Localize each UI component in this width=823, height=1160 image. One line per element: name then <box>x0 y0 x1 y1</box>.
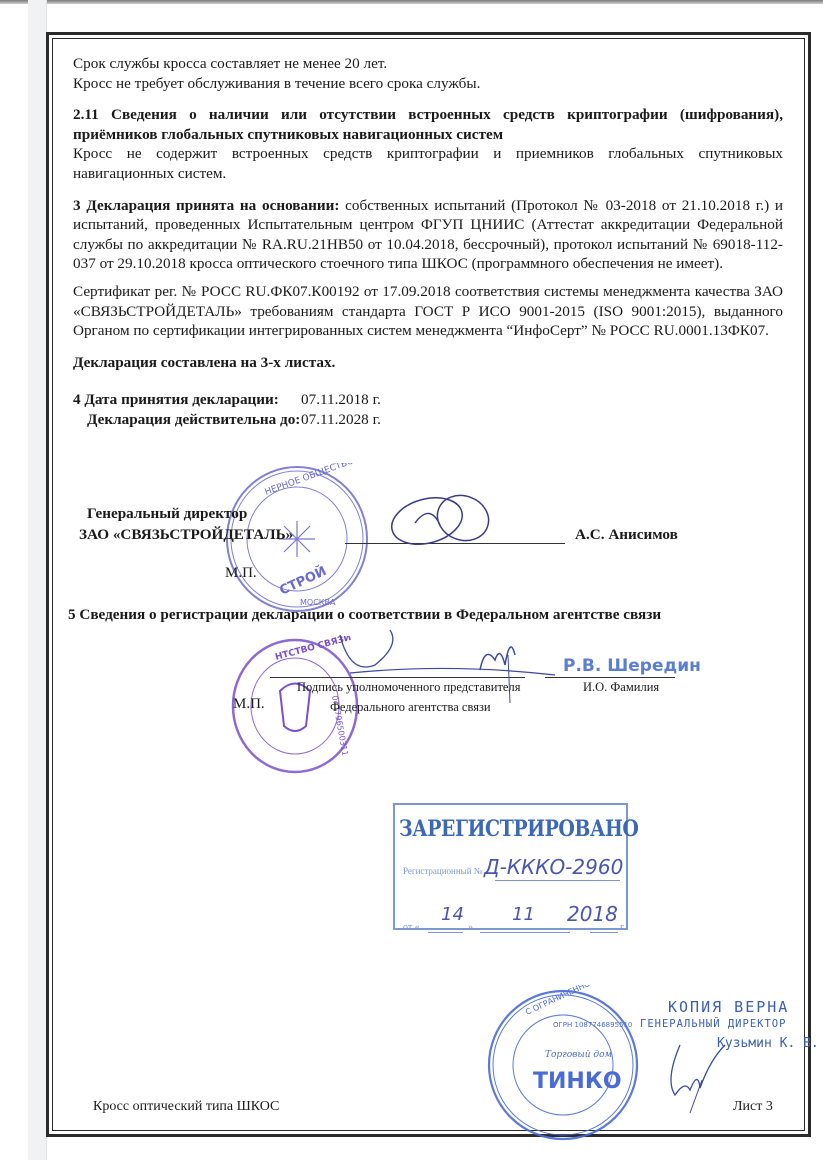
registration-day: 14 <box>441 904 464 925</box>
registration-number-line <box>495 880 620 881</box>
svg-text:ОГРН 1087746895510: ОГРН 1087746895510 <box>553 1021 632 1029</box>
certificate-text: Сертификат рег. № РОСС RU.ФК07.К00192 от… <box>73 282 783 341</box>
service-life-text: Срок службы кросса составляет не менее 2… <box>73 54 783 74</box>
section-5-heading: 5 Сведения о регистрации декларации о со… <box>68 606 661 624</box>
signatory-position: Генеральный директор <box>87 505 247 523</box>
handwritten-signature-icon <box>385 493 515 548</box>
copy-certified-stamp: КОПИЯ ВЕРНА <box>668 998 789 1016</box>
registration-stamp-title: ЗАРЕГИСТРИРОВАНО <box>399 816 595 842</box>
sheets-count-text: Декларация составлена на 3-х листах. <box>73 353 783 373</box>
svg-text:СТРОЙ: СТРОЙ <box>277 563 329 599</box>
registration-number-label: Регистрационный № <box>403 866 482 876</box>
footer-sheet-number: Лист 3 <box>733 1099 773 1115</box>
copy-certified-name: Кузьмин К. В. <box>717 1036 819 1051</box>
section-3-heading: 3 Декларация принята на основании: <box>73 197 339 214</box>
signatory-name: А.С. Анисимов <box>575 526 678 544</box>
registration-month: 11 <box>512 904 535 925</box>
director-signature-icon <box>660 1040 730 1115</box>
svg-text:Торговый дом: Торговый дом <box>545 1050 612 1060</box>
year-line <box>590 932 618 933</box>
representative-name-stamp: Р.В. Шередин <box>563 656 701 676</box>
name-line <box>545 677 675 678</box>
copy-certified-position: ГЕНЕРАЛЬНЫЙ ДИРЕКТОР <box>640 1018 786 1030</box>
tinko-seal-icon: Торговый дом ТИНКО С ОГРАНИЧЕННОЙ ОГРН 1… <box>483 985 643 1145</box>
declaration-dates: 4 Дата принятия декларации: 07.11.2018 г… <box>73 390 783 429</box>
maintenance-text: Кросс не требует обслуживания в течение … <box>73 74 783 94</box>
registration-year: 2018 <box>567 902 618 926</box>
svg-text:ТИНКО: ТИНКО <box>533 1069 622 1094</box>
registration-number-value: Д-КККО-2960 <box>484 855 623 879</box>
scan-edge <box>0 0 823 4</box>
adoption-date-value: 07.11.2018 г. <box>301 390 381 410</box>
section-3-paragraph: 3 Декларация принята на основании: собст… <box>73 196 783 274</box>
section-2-11-body: Кросс не содержит встроенных средств кри… <box>73 144 783 183</box>
document-body: Срок службы кросса составляет не менее 2… <box>73 54 783 430</box>
section-2-11-heading: 2.11 Сведения о наличии или отсутствии в… <box>73 105 783 144</box>
valid-until-value: 07.11.2028 г. <box>301 410 381 430</box>
footer-product-name: Кросс оптический типа ШКОС <box>93 1099 279 1115</box>
month-line <box>480 932 570 933</box>
signature-caption-1: Подпись уполномоченного представителя <box>297 680 520 695</box>
scan-gutter <box>28 0 47 1160</box>
name-caption: И.О. Фамилия <box>583 680 659 695</box>
signature-caption-2: Федерального агентства связи <box>330 700 491 715</box>
adoption-date-label: 4 Дата принятия декларации: <box>73 390 301 410</box>
seal-mark-1: М.П. <box>225 565 257 582</box>
adoption-date-row: 4 Дата принятия декларации: 07.11.2018 г… <box>73 390 783 410</box>
day-line <box>428 932 463 933</box>
valid-until-row: Декларация действительна до: 07.11.2028 … <box>73 410 783 430</box>
registration-date-suffix: г <box>620 922 624 933</box>
seal-mark-2: М.П. <box>233 696 265 713</box>
registration-date-mid: » <box>468 922 473 933</box>
registration-date-prefix: от « <box>403 922 420 933</box>
signatory-company: ЗАО «СВЯЗЬСТРОЙДЕТАЛЬ» <box>79 526 293 544</box>
valid-until-label: Декларация действительна до: <box>73 410 301 430</box>
